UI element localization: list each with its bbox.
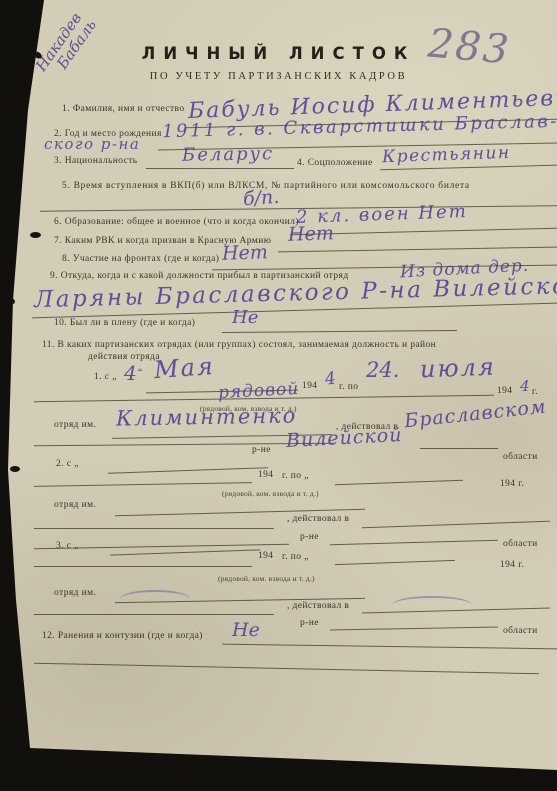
entry-3-year-right: 194 г. — [500, 560, 524, 570]
entry-2-year-right: 194 г. — [500, 479, 524, 489]
ruled-line — [420, 448, 498, 449]
ruled-line — [335, 560, 455, 565]
entry-1-to-month: июля — [420, 353, 497, 384]
entry-1-to-label: г. по — [339, 382, 358, 392]
entry-1-rne-label: р-не — [252, 445, 271, 455]
entry-1-to-day: 24. — [366, 358, 399, 382]
document-subtitle: ПО УЧЕТУ ПАРТИЗАНСКИХ КАДРОВ — [0, 71, 557, 82]
ruled-line — [34, 482, 252, 487]
ink-blot — [10, 466, 20, 472]
field-12-value: Не — [232, 619, 260, 641]
entry-1-from-day: 4 — [124, 361, 137, 385]
ruled-line — [222, 644, 557, 650]
entry-2-oblast-label: области — [503, 539, 538, 549]
entry-1-year-stub-right: 194 — [497, 386, 512, 396]
entry-1-oblast-label: области — [503, 452, 538, 462]
field-5-value: б/п. — [242, 186, 280, 210]
rank-note: (рядовой, ком. взвода и т. д.) — [218, 574, 315, 583]
ruled-line — [278, 247, 557, 253]
field-6-label: 6. Образование: общее и военное (что и к… — [54, 217, 299, 227]
entry-3-otryad-label: отряд им. — [54, 588, 96, 598]
ruled-line — [335, 480, 463, 485]
ruled-line — [330, 540, 498, 545]
ruled-line — [222, 330, 457, 333]
entry-2-deistvoval-label: , действовал в — [287, 514, 349, 524]
entry-2-otryad-label: отряд им. — [54, 500, 96, 510]
document-sheet: Накадев Бабаль 283 ЛИЧНЫЙ ЛИСТОК ПО УЧЕТ… — [0, 0, 557, 791]
ruled-line — [34, 566, 252, 567]
field-2-value-overflow: ского р-на — [44, 135, 140, 153]
ink-blot — [30, 232, 41, 238]
field-11-label-line1: 11. В каких партизанских отрядах (или гр… — [42, 340, 436, 350]
entry-1-region: Браславском — [403, 396, 547, 433]
field-10-value: Не — [232, 307, 258, 328]
ink-stroke — [120, 590, 190, 599]
field-10-label: 10. Был ли в плену (где и когда) — [54, 318, 195, 328]
ink-blot — [4, 298, 15, 305]
scan-background: Накадев Бабаль 283 ЛИЧНЫЙ ЛИСТОК ПО УЧЕТ… — [0, 0, 557, 791]
entry-2-prefix: 2. с „ — [56, 459, 79, 469]
entry-1-otryad-label: отряд им. — [54, 420, 96, 430]
entry-1-rank: рядовой — [218, 379, 300, 403]
ink-blot — [2, 282, 10, 287]
rank-note: (рядовой, ком. взвода и т. д.) — [222, 489, 319, 498]
field-3-label: 3. Национальность — [54, 156, 138, 166]
entry-1-year-digit-right: 4 — [520, 377, 530, 395]
ink-stroke — [392, 596, 472, 605]
document-title: ЛИЧНЫЙ ЛИСТОК — [0, 44, 557, 63]
ruled-line — [34, 614, 274, 615]
entry-3-deistvoval-label: , действовал в — [287, 601, 349, 611]
field-4-value: Крестьянин — [382, 143, 511, 167]
entry-3-oblast-label: области — [503, 626, 538, 636]
ruled-line — [108, 467, 268, 474]
ruled-line — [34, 663, 539, 675]
entry-3-prefix: 3. с „ — [56, 541, 79, 551]
field-8-value: Нет — [222, 241, 269, 265]
field-3-value: Беларус — [182, 143, 274, 166]
field-8-label: 8. Участие на фронтах (где и когда) — [62, 254, 219, 264]
ruled-line — [34, 528, 274, 529]
ruled-line — [330, 627, 498, 631]
entry-2-to-label: г. по „ — [282, 471, 309, 481]
entry-2-year-stub: 194 — [258, 470, 273, 480]
entry-1-prefix: 1. с „ — [94, 372, 117, 382]
entry-3-year-stub: 194 — [258, 551, 273, 561]
ruled-line — [362, 521, 550, 529]
field-12-label: 12. Ранения и контузии (где и когда) — [42, 631, 203, 641]
ruled-line — [362, 608, 550, 614]
field-4-label: 4. Соцположение — [297, 158, 373, 168]
entry-1-otryad-value: Климинтенко — [116, 403, 298, 430]
entry-1-year-digit: 4 — [324, 368, 338, 389]
ruled-line — [110, 549, 260, 555]
entry-2-rne-label: р-не — [300, 532, 319, 542]
field-1-label: 1. Фамилия, имя и отчество — [62, 104, 185, 114]
ruled-line — [146, 168, 294, 169]
quote-mark: “ — [138, 368, 143, 378]
field-7-value: Нет — [288, 222, 335, 246]
entry-1-year-stub: 194 — [302, 381, 317, 391]
entry-1-from-month: Мая — [153, 352, 216, 384]
entry-1-rne-value: Вилейской — [286, 424, 403, 452]
entry-3-rne-label: р-не — [300, 618, 319, 628]
entry-3-to-label: г. по „ — [282, 552, 309, 562]
